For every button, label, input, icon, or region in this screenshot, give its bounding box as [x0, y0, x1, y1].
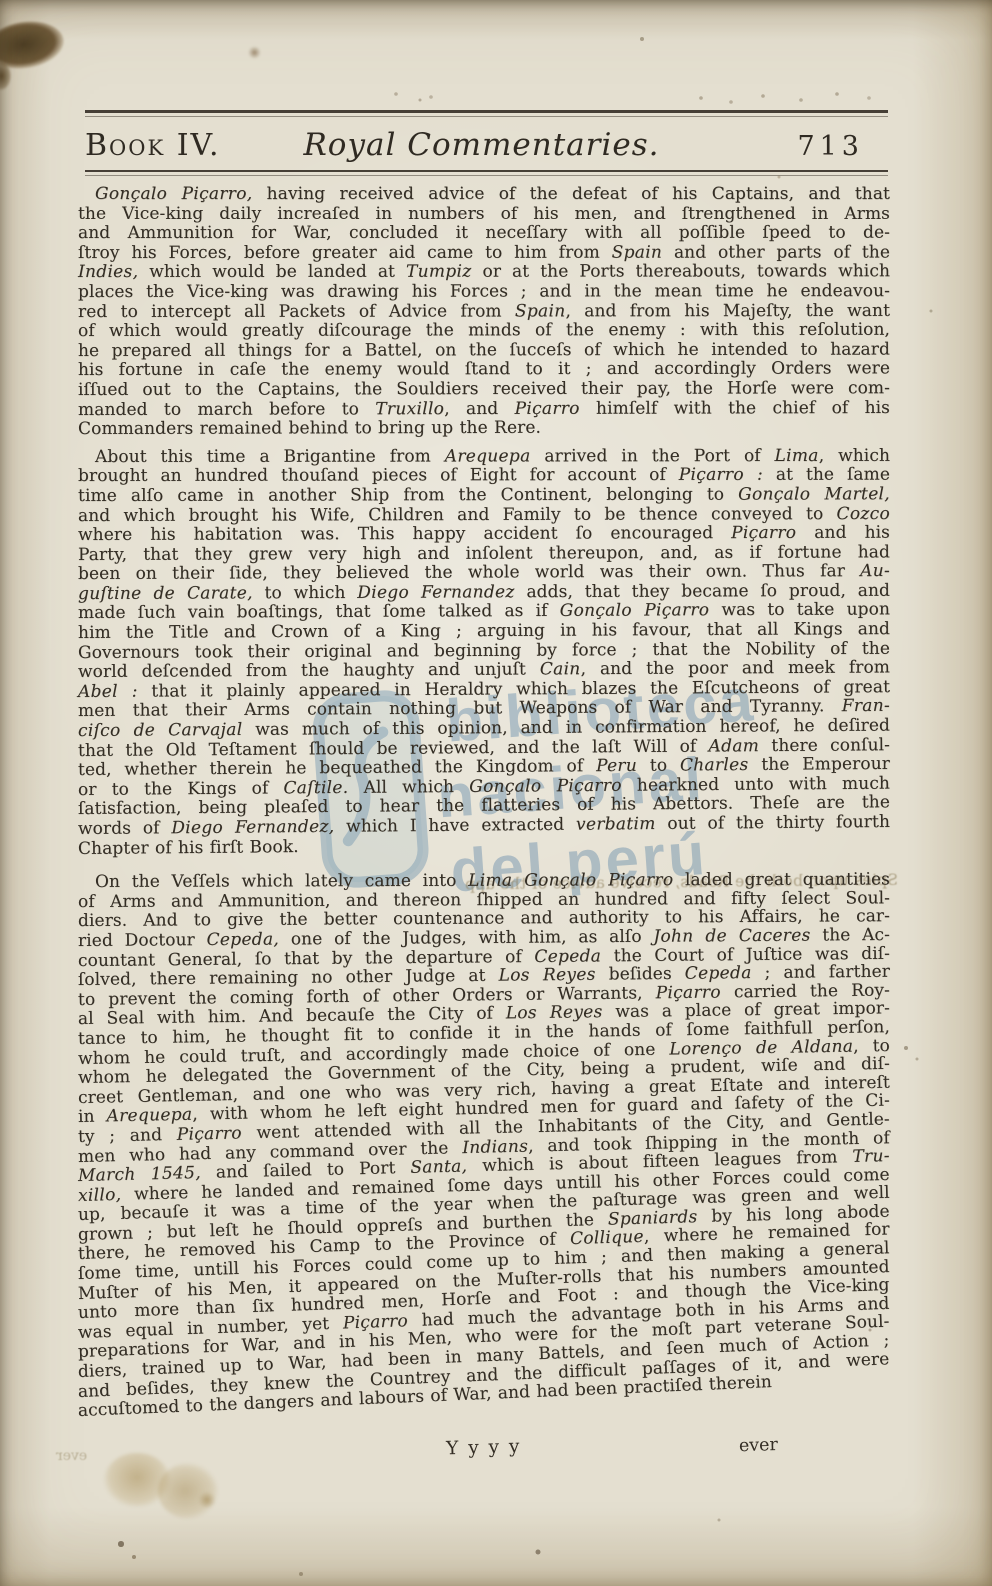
text-line: Gonçalo Piçarro, having received advice … [78, 185, 890, 205]
text-line: of which would greatly diſcourage the mi… [78, 321, 890, 342]
book-label: Book IV. [85, 128, 221, 163]
paper-specks [0, 0, 2, 2]
foxing-stain [198, 1492, 216, 1508]
paragraph-2: About this time a Brigantine from Areque… [78, 448, 890, 859]
running-title: Royal Commentaries. [221, 127, 798, 163]
text-line: Commanders remained behind to bring up t… [78, 418, 890, 440]
body-text: Gonçalo Piçarro, having received advice … [78, 180, 890, 1422]
text-line: Indies, which would be landed at Tumpiz … [78, 263, 890, 283]
text-line: ſtroy his Forces, before greater aid cam… [78, 243, 890, 263]
page-number: 713 [797, 131, 888, 162]
paragraph-3: On the Veſſels which lately came into Li… [78, 873, 890, 1422]
book-page: biblioteca nacional del perú Spies upon … [0, 0, 992, 1586]
page-footer: Y y y y ever [78, 1424, 890, 1470]
ink-spot [248, 46, 261, 59]
head-rule-top [85, 110, 888, 117]
head-rule-bottom [85, 170, 888, 176]
foxing-stain [158, 1463, 218, 1519]
text-line: and Ammunition for War, concluded it nec… [78, 224, 890, 244]
running-head: Book IV. Royal Commentaries. 713 [85, 110, 888, 176]
text-line: places the Vice-king was drawing his For… [78, 282, 890, 303]
text-line: the Vice-king daily increaſed in numbers… [78, 204, 890, 224]
text-line: manded to march before to Truxillo, and … [78, 399, 890, 421]
catchword: ever [739, 1435, 779, 1456]
wormhole-stain [0, 62, 11, 90]
wormhole-stain [0, 17, 67, 73]
paragraph-1: Gonçalo Piçarro, having received advice … [78, 185, 890, 440]
